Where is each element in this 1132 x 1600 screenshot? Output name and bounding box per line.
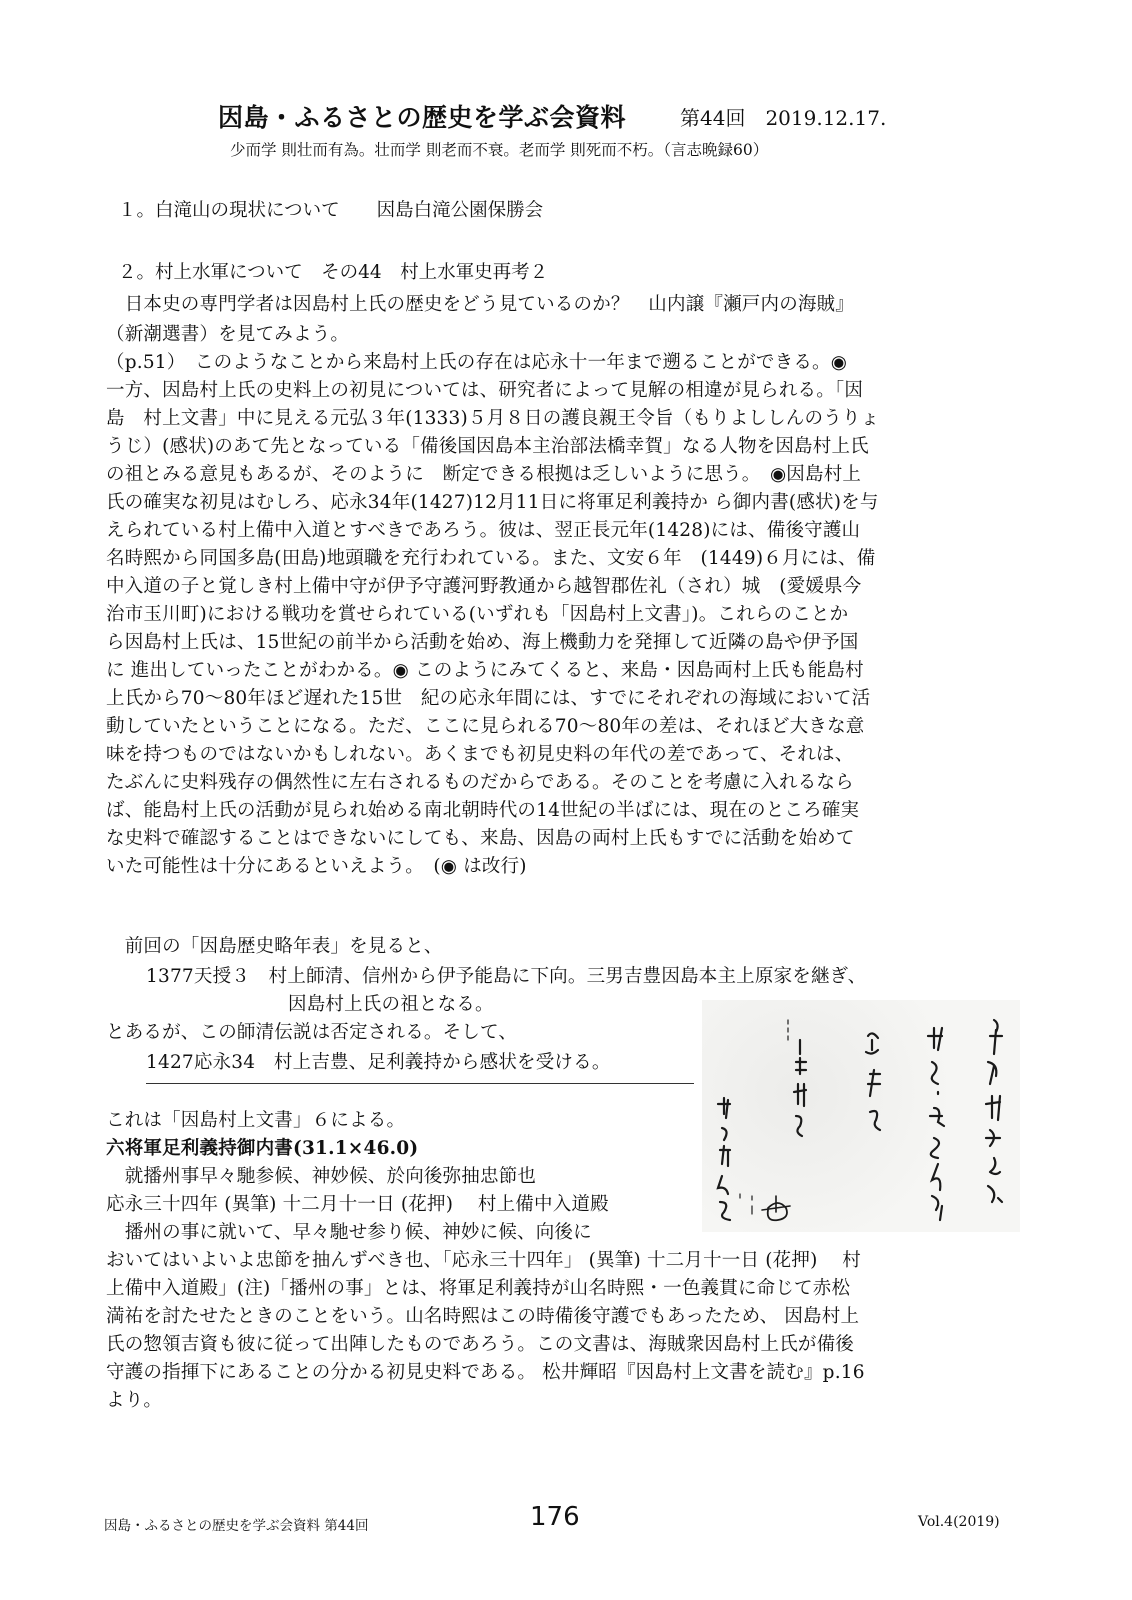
handwriting-illustration [702, 1000, 1020, 1232]
translation-line: 播州の事に就いて、早々馳せ参り候、神妙に候、向後に [106, 1218, 592, 1244]
translation-line: 上備中入道殿」(注)「播州の事」とは、将軍足利義持が山名時熙・一色義貫に命じて赤… [106, 1274, 850, 1300]
chronology-denial: とあるが、この師清伝説は否定される。そして、 [106, 1018, 517, 1044]
motto: 少而学 則壮而有為。壮而学 則老而不衰。老而学 則死而不朽。（言志晩録60） [230, 138, 768, 160]
quote-line: 中入道の子と覚しき村上備中守が伊予守護河野教通から越智郡佐礼（され）城 (愛媛県… [106, 572, 861, 598]
quote-line: ば、能島村上氏の活動が見られ始める南北朝時代の14世紀の半ばには、現在のところ確… [106, 796, 859, 822]
translation-line: 氏の惣領吉資も彼に従って出陣したものであろう。この文書は、海賊衆因島村上氏が備後 [106, 1330, 854, 1356]
footer-volume: Vol.4(2019) [918, 1514, 1000, 1530]
intro-line: 日本史の専門学者は因島村上氏の歴史をどう見ているのか？ 山内譲『瀬戸内の海賊』 [106, 290, 854, 316]
quote-line: たぶんに史料残存の偶然性に左右されるものだからである。そのことを考慮に入れるなら [106, 768, 854, 794]
historical-document-image [702, 1000, 1020, 1232]
quote-line: いた可能性は十分にあるといえよう。 (◉ は改行) [106, 852, 527, 878]
quote-line: な史料で確認することはできないにしても、来島、因島の両村上氏もすでに活動を始めて [106, 824, 855, 850]
section-2-heading: ２。村上水軍について その44 村上水軍史再考２ [118, 258, 548, 284]
quote-line: 一方、因島村上氏の史料上の初見については、研究者によって見解の相違が見られる。「… [106, 376, 863, 402]
quote-line: ら因島村上氏は、15世紀の前半から活動を始め、海上機動力を発揮して近隣の島や伊予… [106, 628, 859, 654]
quote-line: 治市玉川町)における戦功を賞せられている(いずれも「因島村上文書」)。これらのこ… [106, 600, 848, 626]
underline-rule [146, 1083, 694, 1084]
quote-line: 島 村上文書」中に見える元弘３年(1333)５月８日の護良親王令旨（もりよししん… [106, 404, 879, 430]
chronology-entry-1377-cont: 因島村上氏の祖となる。 [288, 990, 494, 1016]
section-1-heading: １。白滝山の現状について 因島白滝公園保勝会 [118, 196, 543, 222]
quote-line: 氏の確実な初見はむしろ、応永34年(1427)12月11日に将軍足利義持か ら御… [106, 488, 879, 514]
issue-and-date: 第44回 2019.12.17. [680, 102, 886, 131]
document-title: 六将軍足利義持御内書(31.1×46.0) [106, 1134, 418, 1160]
translation-line: おいてはいよいよ忠節を抽んずべき也、「応永三十四年」 (異筆) 十二月十一日 (… [106, 1246, 861, 1272]
translation-line: 満祐を討たせたときのことをいう。山名時熙はこの時備後守護でもあったため、 因島村… [106, 1302, 859, 1328]
quote-line: うじ）(感状)のあて先となっている「備後国因島本主治部法橋幸賀」なる人物を因島村… [106, 432, 869, 458]
footer-series-title: 因島・ふるさとの歴史を学ぶ会資料 第44回 [104, 1514, 368, 1534]
translation-line: より。 [106, 1386, 162, 1412]
page-title: 因島・ふるさとの歴史を学ぶ会資料 [218, 98, 626, 134]
page-number: 176 [530, 1502, 580, 1532]
quote-line: の祖とみる意見もあるが、そのように 断定できる根拠は乏しいように思う。 ◉因島村… [106, 460, 861, 486]
quote-line: 動していたということになる。ただ、ここに見られる70〜80年の差は、それほど大き… [106, 712, 864, 738]
source-note: これは「因島村上文書」６による。 [106, 1106, 405, 1132]
original-text-line: 応永三十四年 (異筆) 十二月十一日 (花押) 村上備中入道殿 [106, 1190, 609, 1216]
translation-line: 守護の指揮下にあることの分かる初見史料である。 松井輝昭『因島村上文書を読む』p… [106, 1358, 865, 1384]
quote-line: えられている村上備中入道とすべきであろう。彼は、翌正長元年(1428)には、備後… [106, 516, 860, 542]
quote-line: に 進出していったことがわかる。◉ このようにみてくると、来島・因島両村上氏も能… [106, 656, 864, 682]
quote-line: （p.51） このようなことから来島村上氏の存在は応永十一年まで遡ることができる… [106, 348, 847, 374]
quote-line: 味を持つものではないかもしれない。あくまでも初見史料の年代の差であって、それは、 [106, 740, 853, 766]
chronology-entry-1427: 1427応永34 村上吉豊、足利義持から感状を受ける。 [146, 1048, 611, 1074]
original-text-line: 就播州事早々馳参候、神妙候、於向後弥抽忠節也 [106, 1162, 536, 1188]
intro-line: （新潮選書）を見てみよう。 [106, 320, 349, 346]
quote-line: 上氏から70〜80年ほど遅れた15世 紀の応永年間には、すでにそれぞれの海域にお… [106, 684, 870, 710]
quote-line: 名時熙から同国多島(田島)地頭職を充行われている。また、文安６年 (1449)６… [106, 544, 875, 570]
chronology-entry-1377: 1377天授３ 村上師清、信州から伊予能島に下向。三男吉豊因島本主上原家を継ぎ、 [146, 962, 866, 988]
chronology-lead: 前回の「因島歴史略年表」を見ると、 [106, 932, 443, 958]
